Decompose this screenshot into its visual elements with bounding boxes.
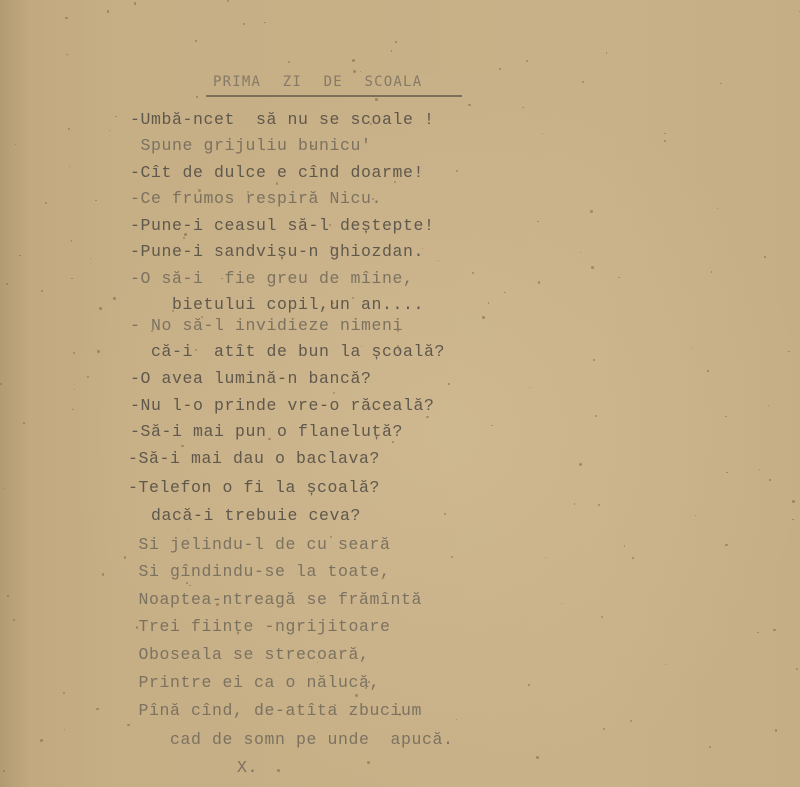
paper-speck xyxy=(183,237,185,239)
paper-speck xyxy=(66,54,67,55)
paper-speck xyxy=(367,761,370,764)
paper-speck xyxy=(97,350,100,353)
paper-speck xyxy=(277,769,280,772)
paper-speck xyxy=(595,415,597,417)
paper-speck xyxy=(124,556,126,558)
poem-line: - No să-l invidieze nimeni xyxy=(130,316,403,335)
paper-speck xyxy=(456,170,458,172)
paper-speck xyxy=(65,17,67,19)
paper-speck xyxy=(96,708,98,710)
paper-speck xyxy=(538,281,540,283)
paper-speck xyxy=(395,41,397,43)
poem-line: -Pune-i ceasul să-l deștepte! xyxy=(130,216,435,235)
paper-speck xyxy=(590,210,593,213)
poem-line: -Să-i mai dau o baclava? xyxy=(128,449,380,468)
poem-line: Trei ființe -ngrijitoare xyxy=(128,617,391,636)
paper-speck xyxy=(561,603,562,604)
paper-speck xyxy=(579,463,582,466)
paper-speck xyxy=(664,133,665,134)
paper-speck xyxy=(3,488,4,489)
paper-speck xyxy=(375,98,378,101)
poem-line: Pînă cînd, de-atîta zbucium xyxy=(128,701,422,720)
paper-speck xyxy=(355,694,357,696)
paper-speck xyxy=(7,595,9,597)
paper-speck xyxy=(13,619,15,621)
poem-line: -Telefon o fi la școală? xyxy=(128,478,380,497)
paper-speck xyxy=(574,503,576,505)
paper-speck xyxy=(99,307,102,310)
paper-speck xyxy=(333,392,335,394)
poem-line: bietului copil,un an.... xyxy=(130,295,424,314)
poem-line: -O avea lumină-n bancă? xyxy=(130,369,372,388)
paper-speck xyxy=(23,422,25,424)
paper-speck xyxy=(665,664,666,665)
poem-line: cad de somn pe unde apucă. xyxy=(128,730,454,749)
paper-speck xyxy=(499,68,501,70)
poem-line: -Să-i mai pun o flaneluță? xyxy=(130,422,403,441)
paper-speck xyxy=(71,278,72,279)
paper-speck xyxy=(601,616,603,618)
paper-speck xyxy=(711,271,712,272)
paper-speck xyxy=(707,370,708,371)
paper-speck xyxy=(792,500,795,503)
poem-line: -Nu l-o prinde vre-o răceală? xyxy=(130,396,435,415)
paper-speck xyxy=(482,316,485,319)
poem-line: Si jelindu-l de cu seară xyxy=(128,535,391,554)
poem-line: -Ce frumos respiră Nicu. xyxy=(130,189,382,208)
poem-line: -Cît de dulce e cînd doarme! xyxy=(130,163,424,182)
paper-speck xyxy=(63,692,65,694)
paper-speck xyxy=(40,739,43,742)
paper-speck xyxy=(768,405,769,406)
poem-line: Printre ei ca o nălucă, xyxy=(128,673,380,692)
paper-speck xyxy=(186,582,188,584)
paper-speck xyxy=(664,140,666,142)
paper-speck xyxy=(542,133,543,134)
paper-speck xyxy=(630,720,632,722)
poem-line: Si gîndindu-se la toate, xyxy=(128,562,391,581)
paper-speck xyxy=(189,585,190,586)
paper-speck xyxy=(529,387,530,388)
poem-line: -Pune-i sandvișu-n ghiozdan. xyxy=(130,242,424,261)
paper-speck xyxy=(632,557,634,559)
paper-speck xyxy=(392,441,393,442)
poem-line: Noaptea-ntreagă se frămîntă xyxy=(128,590,422,609)
signature-mark: X. xyxy=(132,758,258,777)
paper-speck xyxy=(227,0,229,2)
paper-speck xyxy=(196,96,198,98)
paper-speck xyxy=(181,445,183,447)
paper-speck xyxy=(448,383,449,384)
paper-speck xyxy=(73,352,75,354)
poem-title: PRIMA ZI DE SCOALA xyxy=(213,74,422,90)
title-underline xyxy=(206,95,462,97)
poem-line: că-i atît de bun la școală? xyxy=(130,342,445,361)
paper-speck xyxy=(580,252,581,253)
paper-speck xyxy=(598,504,600,506)
poem-line: -O să-i fie greu de mîine, xyxy=(130,269,414,288)
paper-speck xyxy=(591,266,594,269)
poem-line: -Umbă-ncet să nu se scoale ! xyxy=(130,110,435,129)
paper-speck xyxy=(603,728,605,730)
paper-speck xyxy=(195,40,197,42)
paper-speck xyxy=(764,256,766,258)
paper-speck xyxy=(444,513,446,515)
poem-line: Oboseala se strecoară, xyxy=(128,645,370,664)
paper-speck xyxy=(792,519,793,520)
paper-speck xyxy=(264,22,265,23)
paper-speck xyxy=(468,104,470,106)
poem-line: Spune grijuliu bunicu' xyxy=(130,136,372,155)
poem-line: dacă-i trebuie ceva? xyxy=(130,506,361,525)
paper-speck xyxy=(528,684,529,685)
